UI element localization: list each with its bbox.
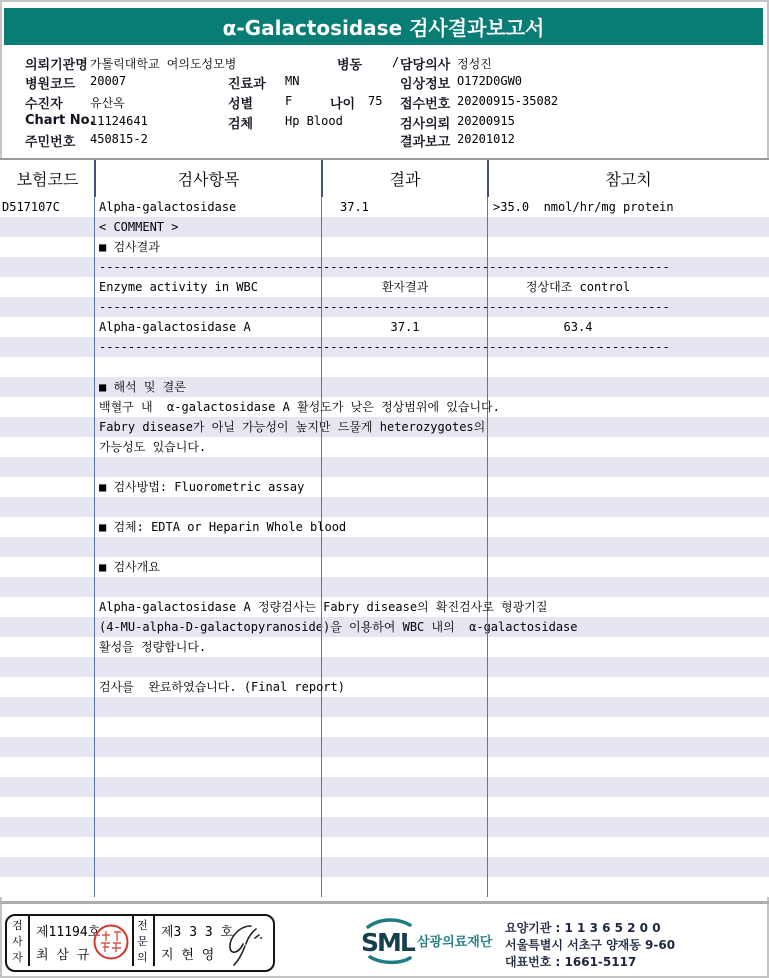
info-value: 20201012 (457, 132, 515, 146)
cell-result: 환자결과 (322, 277, 488, 297)
table-row: ----------------------------------------… (0, 337, 769, 357)
info-value: 유산옥 (90, 94, 125, 111)
table-row (0, 797, 769, 817)
info-value: 20200915-35082 (457, 94, 558, 108)
table-row: D517107CAlpha-galactosidase37.1>35.0 nmo… (0, 197, 769, 217)
cell-result: 37.1 (322, 317, 488, 337)
table-row: Enzyme activity in WBC환자결과정상대조 control (0, 277, 769, 297)
examiner-license-no: 제11194호 (36, 921, 100, 940)
table-row (0, 457, 769, 477)
table-row (0, 537, 769, 557)
table-row (0, 497, 769, 517)
header-separator (94, 160, 96, 197)
cell-test-name: Alpha-galactosidase A 정량검사는 Fabry diseas… (99, 597, 547, 617)
cell-reference: >35.0 nmol/hr/mg protein (493, 197, 674, 217)
stamp-box-divider (153, 916, 155, 966)
column-header-result: 결과 (322, 160, 488, 197)
table-row: 활성을 정량합니다. (0, 637, 769, 657)
info-label: 검사의뢰 (400, 113, 450, 132)
table-row (0, 717, 769, 737)
table-row (0, 777, 769, 797)
cell-test-name: Enzyme activity in WBC (99, 277, 258, 297)
foundation-name: 삼광의료재단 (417, 931, 492, 950)
cell-test-name: 검사를 완료하였습니다. (Final report) (99, 677, 345, 697)
info-value: MN (285, 74, 299, 88)
info-value: 정성진 (457, 55, 492, 72)
cell-result: 37.1 (340, 197, 369, 217)
table-row (0, 757, 769, 777)
info-label: 나이 (330, 93, 355, 112)
info-value: 가톨릭대학교 여의도성모병 (90, 55, 236, 72)
column-line (94, 197, 95, 897)
cell-test-name: (4-MU-alpha-D-galactopyranoside)을 이용하여 W… (99, 617, 578, 637)
table-row: ■ 검사방법: Fluorometric assay (0, 477, 769, 497)
info-value: O172D0GW0 (457, 74, 522, 88)
info-label: 수진자 (25, 93, 63, 112)
header-separator (487, 160, 489, 197)
table-header-row: 보험코드 검사항목 결과 참고치 (0, 158, 769, 199)
column-header-test-name: 검사항목 (95, 160, 322, 197)
info-value: 20200915 (457, 114, 515, 128)
info-value: F (285, 94, 292, 108)
info-label: 병동 (337, 54, 362, 73)
cell-test-name: ■ 검사결과 (99, 237, 160, 257)
table-row: (4-MU-alpha-D-galactopyranoside)을 이용하여 W… (0, 617, 769, 637)
cell-insurance-code: D517107C (2, 197, 60, 217)
info-label: 임상정보 (400, 73, 450, 92)
info-value: 450815-2 (90, 132, 148, 146)
table-row: 백혈구 내 α-galactosidase A 활성도가 낮은 정상범위에 있습… (0, 397, 769, 417)
table-row: Fabry disease가 아닐 가능성이 높지만 드물게 heterozyg… (0, 417, 769, 437)
sml-logo-icon: SML (360, 917, 416, 965)
address-line: 서울특별시 서초구 양재동 9-60 (505, 937, 675, 954)
stamp-box-divider (28, 916, 30, 966)
cell-reference: 63.4 (488, 317, 668, 337)
cell-test-name: ----------------------------------------… (99, 257, 670, 277)
cell-test-name: Alpha-galactosidase (99, 197, 236, 217)
signature-icon (217, 918, 271, 968)
column-line (321, 197, 322, 897)
table-row: ----------------------------------------… (0, 257, 769, 277)
info-value: 75 (368, 94, 382, 108)
table-row (0, 357, 769, 377)
page-title: α-Galactosidase 검사결과보고서 (223, 12, 545, 41)
table-row (0, 697, 769, 717)
cell-reference: 정상대조 control (488, 277, 668, 297)
table-row: < COMMENT > (0, 217, 769, 237)
info-label: Chart No. (25, 113, 94, 128)
phone-line: 대표번호 : 1661-5117 (505, 954, 675, 971)
footer-address-block: 요양기관 : 1 1 3 6 5 2 0 0 서울특별시 서초구 양재동 9-6… (505, 920, 675, 971)
cell-test-name: Fabry disease가 아닐 가능성이 높지만 드물게 heterozyg… (99, 417, 485, 437)
cell-test-name: 가능성도 있습니다. (99, 437, 206, 457)
table-bottom-separator (0, 901, 769, 904)
info-label: 주민번호 (25, 131, 75, 150)
examiner-name: 최 삼 규 (36, 944, 89, 963)
table-row: 가능성도 있습니다. (0, 437, 769, 457)
table-row: ■ 검사개요 (0, 557, 769, 577)
table-row: ----------------------------------------… (0, 297, 769, 317)
examiner-role-label: 검사자 (12, 918, 24, 966)
cell-test-name: ----------------------------------------… (99, 297, 670, 317)
lab-report-page: α-Galactosidase 검사결과보고서 의뢰기관명가톨릭대학교 여의도성… (0, 0, 769, 978)
info-label: 진료과 (228, 73, 266, 92)
info-label: 접수번호 (400, 93, 450, 112)
info-label: 병원코드 (25, 73, 75, 92)
table-row: Alpha-galactosidase A 정량검사는 Fabry diseas… (0, 597, 769, 617)
cell-test-name: ■ 검사방법: Fluorometric assay (99, 477, 304, 497)
table-row (0, 577, 769, 597)
table-row (0, 737, 769, 757)
table-row: ■ 검체: EDTA or Heparin Whole blood (0, 517, 769, 537)
cell-test-name: 활성을 정량합니다. (99, 637, 206, 657)
header-separator (321, 160, 323, 197)
cell-test-name: ----------------------------------------… (99, 337, 670, 357)
info-label: 성별 (228, 93, 253, 112)
info-value: Hp Blood (285, 114, 343, 128)
cell-test-name: ■ 검체: EDTA or Heparin Whole blood (99, 517, 346, 537)
cell-test-name: ■ 해석 및 결론 (99, 377, 186, 397)
table-row (0, 657, 769, 677)
specialist-name: 지 현 영 (161, 944, 214, 963)
table-row: Alpha-galactosidase A37.163.4 (0, 317, 769, 337)
care-institution-no: 요양기관 : 1 1 3 6 5 2 0 0 (505, 920, 675, 937)
cell-test-name: ■ 검사개요 (99, 557, 160, 577)
column-line (487, 197, 488, 897)
svg-text:SML: SML (361, 928, 416, 957)
table-row (0, 837, 769, 857)
red-seal-stamp-icon (92, 923, 130, 961)
column-header-reference: 참고치 (488, 160, 769, 197)
info-label: 검체 (228, 113, 253, 132)
table-row (0, 817, 769, 837)
cell-test-name: < COMMENT > (99, 217, 178, 237)
table-row: 검사를 완료하였습니다. (Final report) (0, 677, 769, 697)
specialist-role-label: 전문의 (137, 918, 149, 966)
info-label: 담당의사 (400, 54, 450, 73)
table-row (0, 877, 769, 897)
cell-test-name: Alpha-galactosidase A (99, 317, 251, 337)
signature-stamp-box: 검사자 제11194호 최 삼 규 전문의 제3 3 3 호 지 현 영 (5, 914, 275, 972)
table-row: ■ 검사결과 (0, 237, 769, 257)
results-table-body: D517107CAlpha-galactosidase37.1>35.0 nmo… (0, 197, 769, 897)
table-row: ■ 해석 및 결론 (0, 377, 769, 397)
info-value: 20007 (90, 74, 126, 88)
info-value: 11124641 (90, 114, 148, 128)
cell-test-name: 백혈구 내 α-galactosidase A 활성도가 낮은 정상범위에 있습… (99, 397, 500, 417)
report-title-bar: α-Galactosidase 검사결과보고서 (4, 8, 763, 45)
info-label: 의뢰기관명 (25, 54, 88, 73)
info-label: 결과보고 (400, 131, 450, 150)
column-header-insurance-code: 보험코드 (0, 160, 95, 197)
table-row (0, 857, 769, 877)
